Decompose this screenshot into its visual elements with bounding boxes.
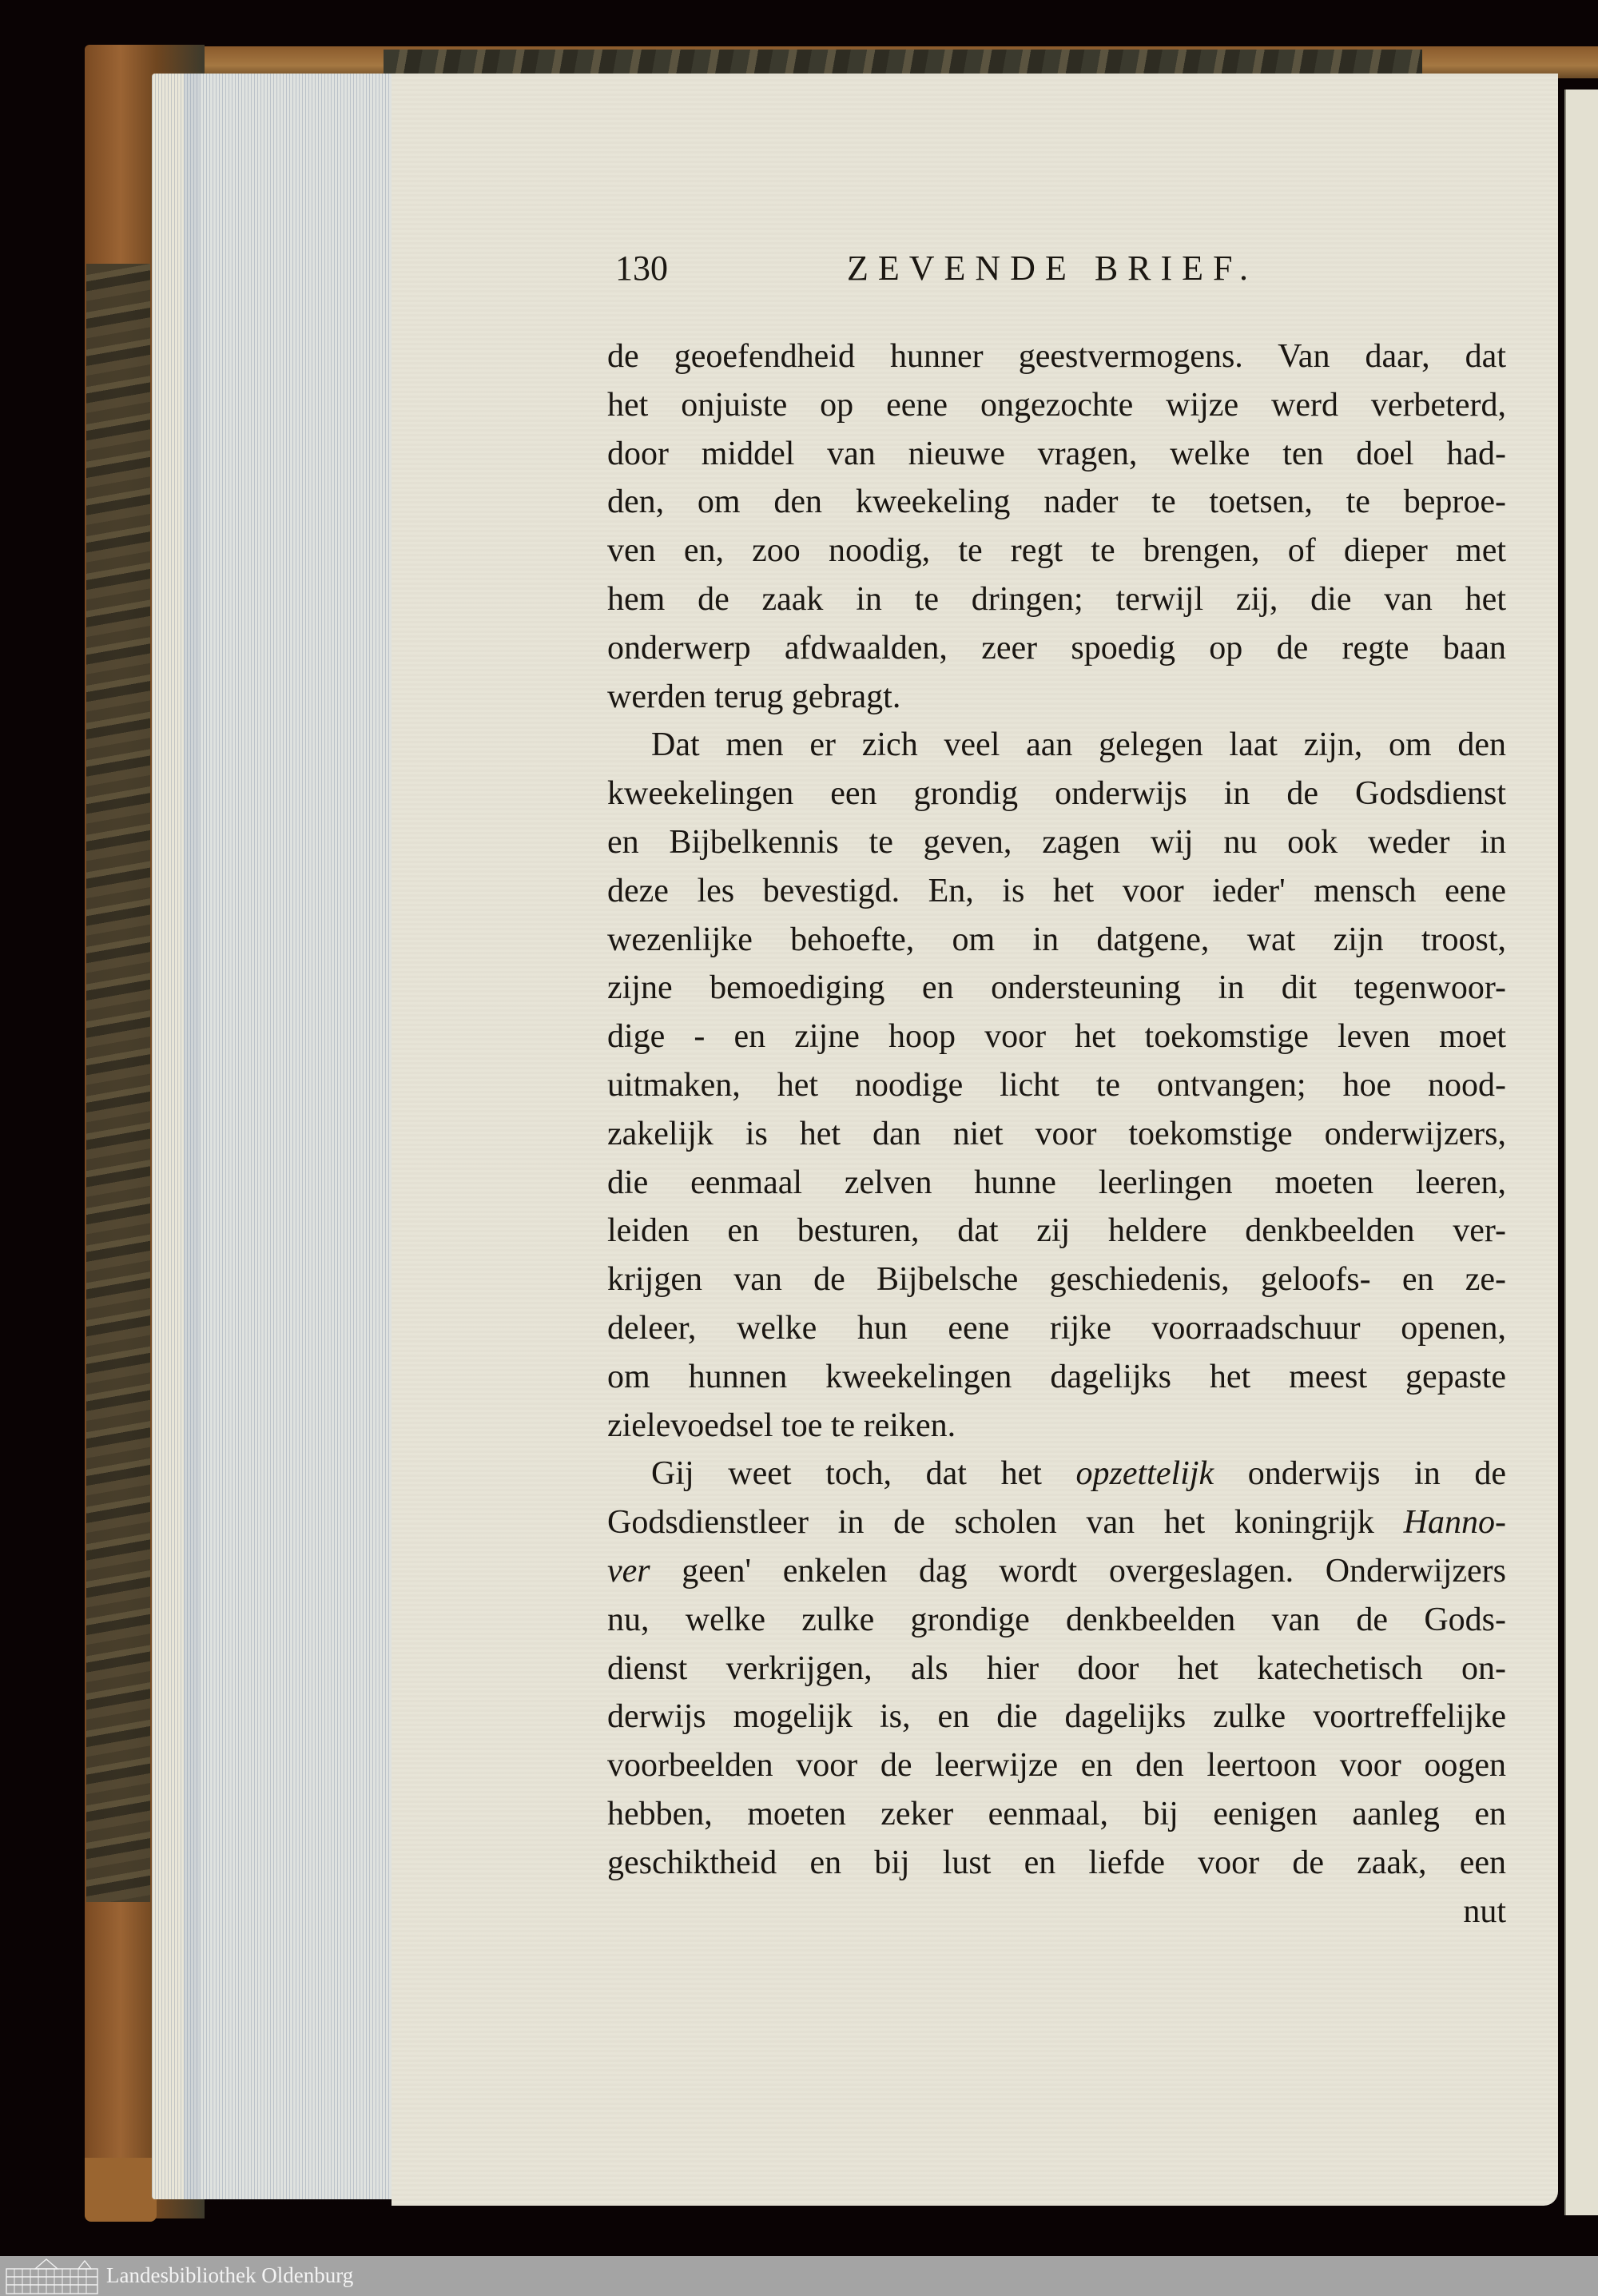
text-line: Gij weet toch, dat het opzettelijk onder… bbox=[607, 1450, 1506, 1498]
text-line: deleer, welke hun eene rijke voorraadsch… bbox=[607, 1304, 1506, 1353]
marbled-cover-spine bbox=[86, 264, 150, 1902]
text-line: en Bijbelkennis te geven, zagen wij nu o… bbox=[607, 818, 1506, 867]
body-text: de geoefendheid hunner geestvermogens. V… bbox=[607, 332, 1506, 1936]
text-line: hem de zaak in te dringen; terwijl zij, … bbox=[607, 575, 1506, 624]
text-line: door middel van nieuwe vragen, welke ten… bbox=[607, 430, 1506, 479]
chapter-title: ZEVENDE BRIEF. bbox=[847, 248, 1258, 288]
text-line: de geoefendheid hunner geestvermogens. V… bbox=[607, 332, 1506, 381]
page-number: 130 bbox=[615, 248, 668, 288]
facing-page-edge bbox=[1564, 90, 1598, 2215]
text-line: deze les bevestigd. En, is het voor iede… bbox=[607, 867, 1506, 916]
emphasis: opzettelijk bbox=[1076, 1455, 1214, 1492]
emphasis: ver bbox=[607, 1553, 650, 1590]
text-line: zielevoedsel toe te reiken. bbox=[607, 1402, 1506, 1450]
page-block-edges bbox=[152, 74, 392, 2199]
catchword: nut bbox=[607, 1888, 1506, 1936]
footer-bar: Landesbibliothek Oldenburg bbox=[0, 2256, 1598, 2296]
text-line: zijne bemoediging en ondersteuning in di… bbox=[607, 964, 1506, 1013]
text-line: zakelijk is het dan niet voor toekomstig… bbox=[607, 1110, 1506, 1159]
text-line: dienst verkrijgen, als hier door het kat… bbox=[607, 1645, 1506, 1693]
text-line: krijgen van de Bijbelsche geschiedenis, … bbox=[607, 1255, 1506, 1304]
text-line: Dat men er zich veel aan gelegen laat zi… bbox=[607, 721, 1506, 770]
text-line: die eenmaal zelven hunne leerlingen moet… bbox=[607, 1159, 1506, 1208]
text-line: kweekelingen een grondig onderwijs in de… bbox=[607, 770, 1506, 818]
text-line: den, om den kweekeling nader te toetsen,… bbox=[607, 478, 1506, 527]
text-line: werden terug gebragt. bbox=[607, 673, 1506, 722]
library-building-icon bbox=[5, 2258, 99, 2294]
book-cover-corner bbox=[85, 2158, 157, 2222]
text-line: onderwerp afdwaalden, zeer spoedig op de… bbox=[607, 624, 1506, 673]
text-line: dige - en zijne hoop voor het toekomstig… bbox=[607, 1013, 1506, 1061]
text-line: geschiktheid en bij lust en liefde voor … bbox=[607, 1839, 1506, 1888]
institution-name: Landesbibliothek Oldenburg bbox=[106, 2263, 353, 2288]
emphasis: Hanno- bbox=[1404, 1504, 1506, 1541]
text-line: nu, welke zulke grondige denkbeelden van… bbox=[607, 1596, 1506, 1645]
text-line: om hunnen kweekelingen dagelijks het mee… bbox=[607, 1353, 1506, 1402]
text-line: derwijs mogelijk is, en die dagelijks zu… bbox=[607, 1693, 1506, 1741]
text-line: voorbeelden voor de leerwijze en den lee… bbox=[607, 1741, 1506, 1790]
running-head: 130 ZEVENDE BRIEF. bbox=[615, 248, 1334, 296]
text-line: Godsdienstleer in de scholen van het kon… bbox=[607, 1498, 1506, 1547]
text-line: hebben, moeten zeker eenmaal, bij eenige… bbox=[607, 1790, 1506, 1839]
text-line: ven en, zoo noodig, te regt te brengen, … bbox=[607, 527, 1506, 575]
text-line: ver geen' enkelen dag wordt overgeslagen… bbox=[607, 1547, 1506, 1596]
text-line: uitmaken, het noodige licht te ontvangen… bbox=[607, 1061, 1506, 1110]
text-line: wezenlijke behoefte, om in datgene, wat … bbox=[607, 916, 1506, 965]
text-line: het onjuiste op eene ongezochte wijze we… bbox=[607, 381, 1506, 430]
marbled-cover-top bbox=[384, 50, 1422, 74]
text-line: leiden en besturen, dat zij heldere denk… bbox=[607, 1207, 1506, 1255]
